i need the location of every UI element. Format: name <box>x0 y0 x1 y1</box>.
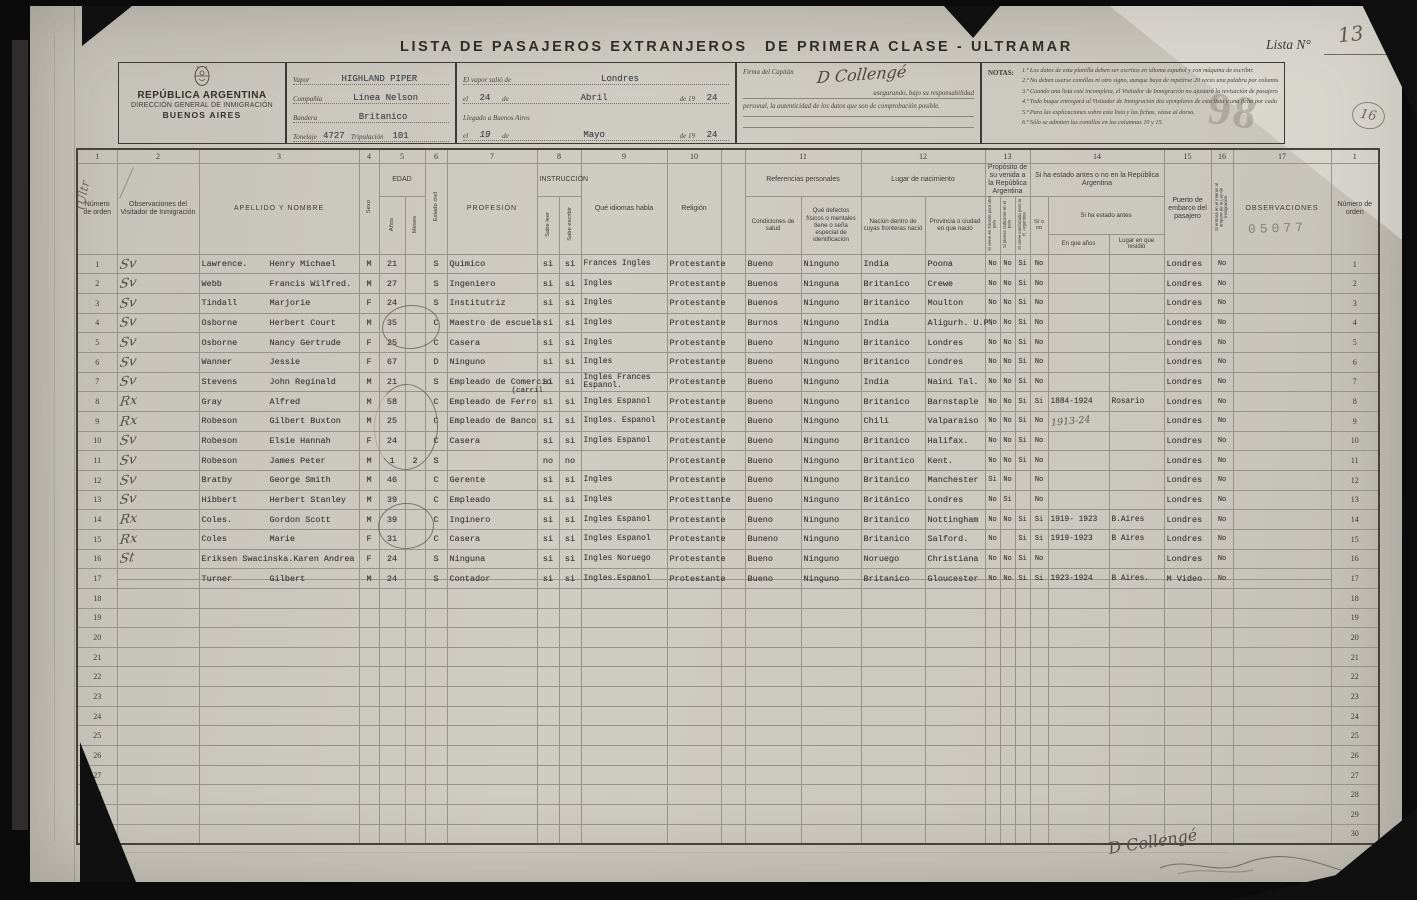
cell-pto <box>1164 608 1211 628</box>
header-numero-orden: Número de orden <box>77 163 117 254</box>
cell-def: Ninguno <box>801 352 861 372</box>
cell-nac: Britanico <box>861 294 925 314</box>
cell-esc <box>559 588 581 608</box>
cell-n: 10 <box>77 431 117 451</box>
cell-m <box>405 569 425 589</box>
cell-obs <box>1233 726 1331 746</box>
passenger-row: 2SvWebbFrancis Wilfred.M27SIngenierosisi… <box>77 274 1379 294</box>
given-name: Alfred <box>270 397 301 407</box>
cell-def: Ninguno <box>801 431 861 451</box>
cell-idi: Ingles Espanol <box>581 510 667 530</box>
cell-esc: si <box>559 313 581 333</box>
cell-p1: No <box>985 274 1000 294</box>
cell-p3: Si <box>1015 392 1030 412</box>
visitador-handwritten-mark: Sv <box>118 491 137 508</box>
given-name: Marie <box>270 534 296 544</box>
cell-leer: si <box>537 569 559 589</box>
cell-n: 14 <box>77 510 117 530</box>
captain-blank-line <box>743 127 974 128</box>
cell-leer <box>537 785 559 805</box>
cell-p3: Si <box>1015 549 1030 569</box>
cell-prof: Gerente <box>447 470 537 490</box>
cell-pto <box>1164 628 1211 648</box>
cell-def <box>801 588 861 608</box>
document-title: LISTA DE PASAJEROS EXTRANJEROS <box>400 39 748 55</box>
cell-rel <box>667 608 721 628</box>
cell-rel <box>667 628 721 648</box>
cell-p2: No <box>1000 333 1015 353</box>
paper-crease <box>74 6 75 882</box>
notes-list: 1.ª Los datos de esta planilla deben ser… <box>1022 66 1278 128</box>
col-number: 6 <box>425 149 447 163</box>
cell-prof: Casera <box>447 333 537 353</box>
cell-antes <box>1030 608 1048 628</box>
voyage-block: El vapor salió de Londres el 24 de Abril… <box>455 63 735 143</box>
col-number: 10 <box>667 149 721 163</box>
cell-nac: Britantico <box>861 451 925 471</box>
cell-v: Sv <box>117 313 199 333</box>
surname: Wanner <box>202 357 270 367</box>
cell-a: 24 <box>379 549 405 569</box>
cell-idi <box>581 765 667 785</box>
visitador-handwritten-mark: Sv <box>118 255 137 272</box>
cell-v <box>117 647 199 667</box>
cell-aa <box>1048 805 1109 825</box>
header-proposito-sub3-label: Si viene contratado para la R. Argentina <box>1018 196 1027 252</box>
cell-nac: India <box>861 254 925 274</box>
col-number: 14 <box>1030 149 1164 163</box>
cell-sal <box>745 628 801 648</box>
cell-c16: No <box>1211 294 1233 314</box>
vapor-field: Vapor HIGHLAND PIPER <box>293 68 449 85</box>
cell-nac <box>861 628 925 648</box>
cell-def: Ninguno <box>801 470 861 490</box>
cell-aa <box>1048 549 1109 569</box>
cell-p3 <box>1015 470 1030 490</box>
cell-prof: Empleado de Banco <box>447 411 537 431</box>
cell-prof: Casera <box>447 431 537 451</box>
cell-esc: si <box>559 490 581 510</box>
cell-esc: si <box>559 470 581 490</box>
form-header: REPÚBLICA ARGENTINA DIRECCIÓN GENERAL DE… <box>118 62 1285 144</box>
cell-v: Sv <box>117 254 199 274</box>
surname: Hibbert <box>202 495 270 505</box>
cell-n: 5 <box>77 333 117 353</box>
cell-p1: No <box>985 569 1000 589</box>
passenger-row: 2626 <box>77 746 1379 766</box>
cell-p2: No <box>1000 274 1015 294</box>
cell-def: Ninguno <box>801 451 861 471</box>
cell-obs <box>1233 746 1331 766</box>
cell-p2: No <box>1000 392 1015 412</box>
pencil-circled-number: 16 <box>1350 99 1387 131</box>
header-si-o-no: Sí o no <box>1030 196 1048 254</box>
cell-pto <box>1164 687 1211 707</box>
cell-def: Ninguno <box>801 490 861 510</box>
cell-sx: M <box>359 372 379 392</box>
cell-n: 15 <box>77 529 117 549</box>
header-proposito-sub1: Si viene en tránsito para otro país <box>985 196 1000 254</box>
cell-def: Ninguno <box>801 313 861 333</box>
cell-nr: 4 <box>1331 313 1379 333</box>
cell-c16: No <box>1211 333 1233 353</box>
cell-pto: Londres <box>1164 451 1211 471</box>
given-name: Herbert Stanley <box>270 495 347 505</box>
cell-nr: 6 <box>1331 352 1379 372</box>
cell-prof <box>447 706 537 726</box>
cell-rel: Protestante <box>667 470 721 490</box>
cell-rel <box>667 805 721 825</box>
cell-p2: No <box>1000 569 1015 589</box>
cell-sal <box>745 588 801 608</box>
cell-ec: S <box>425 254 447 274</box>
scanned-document-photo: { "colors":{"paper":"#cfccc3","ink_typed… <box>0 0 1417 900</box>
cell-p3: Si <box>1015 451 1030 471</box>
cell-sal <box>745 706 801 726</box>
cell-nr: 14 <box>1331 510 1379 530</box>
cell-nr: 16 <box>1331 549 1379 569</box>
cell-prov: Naini Tal. <box>925 372 985 392</box>
cell-c16: No <box>1211 470 1233 490</box>
cell-c16 <box>1211 726 1233 746</box>
cell-nr: 17 <box>1331 569 1379 589</box>
cell-leer: si <box>537 431 559 451</box>
cell-m <box>405 254 425 274</box>
cell-n: 8 <box>77 392 117 412</box>
cell-name <box>199 608 359 628</box>
cell-prov: Barnstaple <box>925 392 985 412</box>
cell-p1: No <box>985 451 1000 471</box>
cell-pto: Londres <box>1164 294 1211 314</box>
arrival-month: Mayo <box>509 130 680 140</box>
cell-m <box>405 647 425 667</box>
cell-def: Ninguno <box>801 392 861 412</box>
cell-sal: Bueno <box>745 569 801 589</box>
captain-line2: asegurando, bajo su responsabilidad <box>743 90 974 99</box>
departure-port-field: El vapor salió de Londres <box>463 68 729 85</box>
cell-obs <box>1233 785 1331 805</box>
cell-la <box>1109 805 1164 825</box>
cell-nr: 13 <box>1331 490 1379 510</box>
cell-nac <box>861 805 925 825</box>
cell-prof: Institutriz <box>447 294 537 314</box>
header-anos: Años <box>379 196 405 254</box>
cell-n: 16 <box>77 549 117 569</box>
arrival-year: 24 <box>695 130 729 140</box>
cell-m <box>405 588 425 608</box>
cell-p1: No <box>985 510 1000 530</box>
bandera-value: Britanico <box>317 112 449 122</box>
cell-aa <box>1048 470 1109 490</box>
cell-c16 <box>1211 647 1233 667</box>
cell-idi <box>581 824 667 844</box>
cell-rel <box>667 588 721 608</box>
cell-obs <box>1233 254 1331 274</box>
header-profesion: PROFESIÓN <box>447 163 537 254</box>
cell-sal: Bueno <box>745 372 801 392</box>
header-sabe-escribir-label: Sabe escribir <box>567 207 573 241</box>
cell-def: Ninguna <box>801 274 861 294</box>
cell-prov: Valparaiso <box>925 411 985 431</box>
header-nacion: Nación dentro de cuyas fronteras nació <box>861 196 925 254</box>
cell-p2 <box>1000 785 1015 805</box>
cell-nac: Británico <box>861 490 925 510</box>
cell-la <box>1109 785 1164 805</box>
header-estado-civil-label: Estado civil <box>433 192 439 221</box>
col-number: 13 <box>985 149 1030 163</box>
cell-p3 <box>1015 726 1030 746</box>
vapor-value: HIGHLAND PIPER <box>310 74 449 84</box>
cell-prov: Aligurh. U.P. <box>925 313 985 333</box>
cell-m <box>405 805 425 825</box>
cell-esc <box>559 667 581 687</box>
surname: Osborne <box>202 318 270 328</box>
cell-idi: Ingles <box>581 333 667 353</box>
cell-leer <box>537 805 559 825</box>
cell-la <box>1109 608 1164 628</box>
cell-antes: No <box>1030 254 1048 274</box>
cell-la: Rosario <box>1109 392 1164 412</box>
cell-name <box>199 687 359 707</box>
column-numbers-row: 1 2 3 4 5 6 7 8 9 10 11 12 13 14 15 16 1… <box>77 149 1379 163</box>
header-sabe-leer: Sabe leer <box>537 196 559 254</box>
cell-c16 <box>1211 785 1233 805</box>
surname: Tindall <box>202 298 270 308</box>
cell-prof <box>447 687 537 707</box>
cell-prof: Casera <box>447 529 537 549</box>
cell-v: Sv <box>117 274 199 294</box>
header-condiciones-salud: Condiciones de salud <box>745 196 801 254</box>
cell-p2 <box>1000 746 1015 766</box>
cell-v: Sv <box>117 490 199 510</box>
col-number: 1 <box>1331 149 1379 163</box>
cell-xx <box>721 765 745 785</box>
cell-prof <box>447 726 537 746</box>
cell-nac <box>861 785 925 805</box>
cell-p2 <box>1000 628 1015 648</box>
cell-p3 <box>1015 490 1030 510</box>
cell-p2 <box>1000 765 1015 785</box>
cell-la: B.Aires <box>1109 510 1164 530</box>
cell-pto: Londres <box>1164 333 1211 353</box>
cell-p2 <box>1000 647 1015 667</box>
cell-aa <box>1048 746 1109 766</box>
cell-v <box>117 746 199 766</box>
cell-idi <box>581 805 667 825</box>
cell-name <box>199 824 359 844</box>
captain-line3: personal, la autenticidad de los datos q… <box>743 103 974 117</box>
cell-nac: Britanico <box>861 392 925 412</box>
cell-la <box>1109 294 1164 314</box>
header-apellido-nombre: APELLIDO Y NOMBRE <box>199 163 359 254</box>
cell-name <box>199 628 359 648</box>
cell-leer: si <box>537 352 559 372</box>
cell-sx <box>359 706 379 726</box>
issuer-block: REPÚBLICA ARGENTINA DIRECCIÓN GENERAL DE… <box>118 63 285 143</box>
given-name: Elsie Hannah <box>270 436 331 446</box>
cell-rel: Protestante <box>667 549 721 569</box>
header-sabe-leer-label: Sabe leer <box>545 212 551 237</box>
cell-esc <box>559 628 581 648</box>
cell-p2: No <box>1000 431 1015 451</box>
vapor-label: Vapor <box>293 76 310 84</box>
cell-xx <box>721 706 745 726</box>
cell-idi: Ingles Espanol <box>581 392 667 412</box>
header-proposito-sub3: Si viene contratado para la R. Argentina <box>1015 196 1030 254</box>
cell-v <box>117 667 199 687</box>
cell-nac: India <box>861 313 925 333</box>
cell-leer <box>537 628 559 648</box>
cell-c16: No <box>1211 352 1233 372</box>
cell-sx <box>359 628 379 648</box>
cell-obs <box>1233 392 1331 412</box>
cell-name: Lawrence.Henry Michael <box>199 254 359 274</box>
cell-name: TindallMarjorie <box>199 294 359 314</box>
tonelaje-field: Tonelaje 4727 Tripulación 101 <box>293 125 449 142</box>
cell-m <box>405 608 425 628</box>
cell-obs <box>1233 687 1331 707</box>
cell-nac: Britanico <box>861 352 925 372</box>
cell-obs <box>1233 490 1331 510</box>
cell-pto: Londres <box>1164 431 1211 451</box>
cell-a <box>379 785 405 805</box>
cell-antes <box>1030 647 1048 667</box>
cell-la <box>1109 431 1164 451</box>
header-meses-label: Meses <box>412 216 418 233</box>
col-number: 3 <box>199 149 359 163</box>
cell-pto <box>1164 805 1211 825</box>
visitador-handwritten-mark: Sv <box>118 295 137 312</box>
cell-idi: Ingles Espanol <box>581 529 667 549</box>
cell-leer <box>537 765 559 785</box>
cell-p2: No <box>1000 352 1015 372</box>
col-number-blank <box>721 149 745 163</box>
cell-sal <box>745 746 801 766</box>
notes-block: NOTAS: 1.ª Los datos de esta planilla de… <box>980 63 1285 143</box>
cell-aa <box>1048 706 1109 726</box>
cell-antes: Si <box>1030 569 1048 589</box>
cell-leer <box>537 706 559 726</box>
cell-a <box>379 608 405 628</box>
given-name: Henry Michael <box>270 259 336 269</box>
cell-antes <box>1030 746 1048 766</box>
cell-a <box>379 687 405 707</box>
cell-prof: Ingeniero <box>447 274 537 294</box>
cell-name: StevensJohn Reginald <box>199 372 359 392</box>
cell-prof <box>447 765 537 785</box>
cell-p3: Si <box>1015 510 1030 530</box>
cell-v <box>117 588 199 608</box>
cell-v: Rx <box>117 411 199 431</box>
cell-prov: Manchester <box>925 470 985 490</box>
cell-prof <box>447 785 537 805</box>
cell-p3: Si <box>1015 294 1030 314</box>
cell-nac: Chili <box>861 411 925 431</box>
cell-p1: No <box>985 313 1000 333</box>
tonelaje-label: Tonelaje <box>293 133 317 141</box>
cell-idi <box>581 687 667 707</box>
cell-antes: No <box>1030 549 1048 569</box>
de19-label: de 19 <box>680 95 695 103</box>
cell-p3 <box>1015 824 1030 844</box>
header-proposito-sub2: Si piensa radicarse en el país <box>1000 196 1015 254</box>
cell-m <box>405 628 425 648</box>
tripulacion-value: 101 <box>384 131 418 141</box>
cell-m <box>405 667 425 687</box>
cell-idi <box>581 588 667 608</box>
cell-nr: 11 <box>1331 451 1379 471</box>
cell-prov <box>925 647 985 667</box>
header-estado-civil: Estado civil <box>425 163 447 254</box>
cell-c16 <box>1211 765 1233 785</box>
cell-p3: Si <box>1015 569 1030 589</box>
cell-idi: Ingles <box>581 313 667 333</box>
passenger-row: 2121 <box>77 647 1379 667</box>
cell-leer <box>537 746 559 766</box>
lista-number-line <box>1324 54 1394 55</box>
cell-name: TurnerGilbert <box>199 569 359 589</box>
cell-name <box>199 667 359 687</box>
departure-month: Abril <box>509 93 680 103</box>
cell-a <box>379 726 405 746</box>
cell-idi <box>581 785 667 805</box>
cell-sx: F <box>359 333 379 353</box>
cell-pto: Londres <box>1164 510 1211 530</box>
cell-pto: Londres <box>1164 254 1211 274</box>
cell-esc: si <box>559 274 581 294</box>
departure-date-field: el 24 de Abril de 19 24 <box>463 87 729 104</box>
cell-def <box>801 824 861 844</box>
cell-p2: No <box>1000 549 1015 569</box>
cell-n: 24 <box>77 706 117 726</box>
cell-n: 20 <box>77 628 117 648</box>
cell-aa <box>1048 588 1109 608</box>
given-name: Karen Andrea <box>293 554 354 564</box>
cell-aa: 1923-1924 <box>1048 569 1109 589</box>
cell-idi: Ingles <box>581 274 667 294</box>
cell-c16: No <box>1211 411 1233 431</box>
cell-prov: Poona <box>925 254 985 274</box>
cell-antes <box>1030 706 1048 726</box>
cell-ec <box>425 608 447 628</box>
cell-p1 <box>985 608 1000 628</box>
visitador-handwritten-mark: Sv <box>118 334 137 351</box>
cell-m <box>405 352 425 372</box>
cell-p3: Si <box>1015 333 1030 353</box>
departure-port-label: El vapor salió de <box>463 76 511 84</box>
cell-prov <box>925 785 985 805</box>
cell-rel <box>667 687 721 707</box>
cell-prof <box>447 608 537 628</box>
cell-nr: 26 <box>1331 746 1379 766</box>
cell-nac: Britanico <box>861 333 925 353</box>
cell-v <box>117 785 199 805</box>
cell-p1 <box>985 746 1000 766</box>
cell-sal: Buenos <box>745 274 801 294</box>
cell-pto: Londres <box>1164 490 1211 510</box>
captain-block: Firma del Capitán D Collengé asegurando,… <box>735 63 980 143</box>
cell-n: 3 <box>77 294 117 314</box>
cell-esc <box>559 608 581 628</box>
cell-idi <box>581 746 667 766</box>
cell-prof: Quimico <box>447 254 537 274</box>
cell-p1 <box>985 706 1000 726</box>
cell-name <box>199 647 359 667</box>
visitador-handwritten-mark: Sv <box>118 354 137 371</box>
cell-sal: Burnos <box>745 313 801 333</box>
cell-prov <box>925 726 985 746</box>
cell-leer: si <box>537 333 559 353</box>
